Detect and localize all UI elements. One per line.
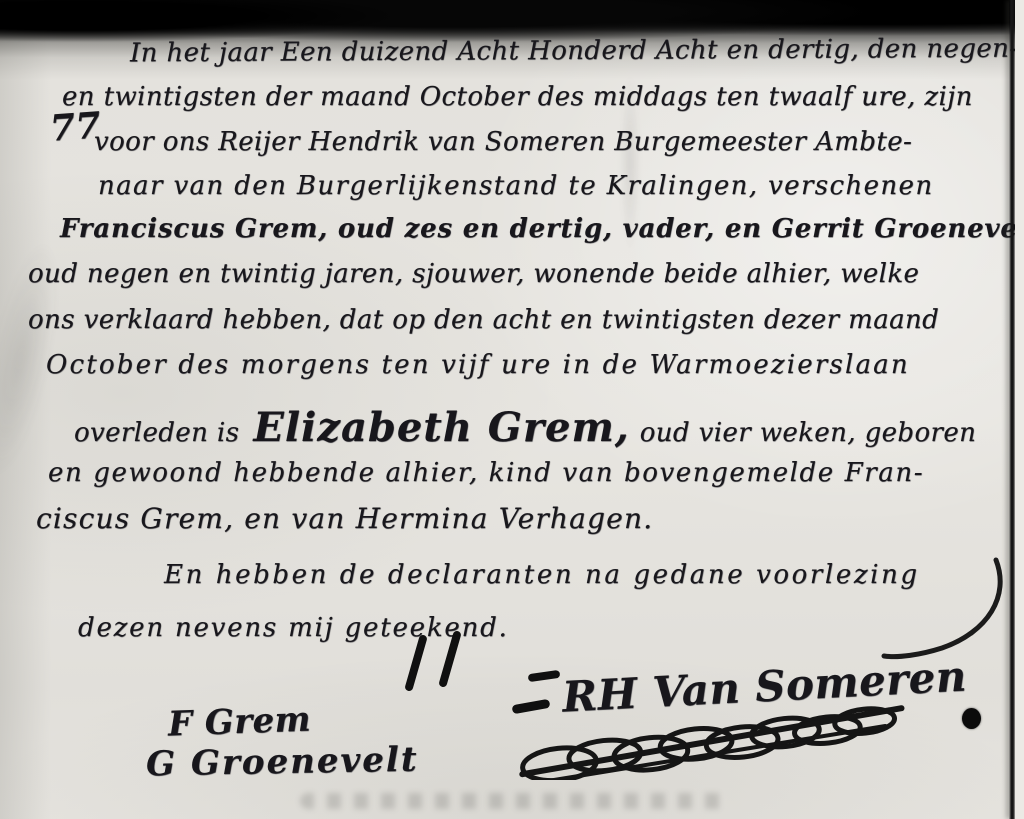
pen-flourish-tail <box>878 556 1018 666</box>
signature-f-grem: F Grem <box>167 700 311 745</box>
act-line-10: en gewoond hebbende alhier, kind van bov… <box>48 458 924 488</box>
closing-line-2: dezen nevens mij geteekend. <box>78 613 509 643</box>
act-line-2: en twintigsten der maand October des mid… <box>62 82 973 112</box>
act-line-5: Franciscus Grem, oud zes en dertig, vade… <box>60 214 1024 244</box>
act-line-3: voor ons Reijer Hendrik van Someren Burg… <box>94 127 912 157</box>
deceased-name: Elizabeth Grem, <box>253 404 629 451</box>
signature-g-groenevelt: G Groenevelt <box>146 740 419 785</box>
act-line-11: ciscus Grem, en van Hermina Verhagen. <box>36 502 653 535</box>
signature-paraph-flourish <box>518 704 910 780</box>
act-line-7: ons verklaard hebben, dat op den acht en… <box>28 305 939 335</box>
act-line-1: In het jaar Een duizend Acht Honderd Ach… <box>130 34 1019 69</box>
page-edge-strip <box>1015 0 1024 819</box>
deceased-line-prefix: overleden is <box>74 418 239 448</box>
closing-line-1: En hebben de declaranten na gedane voorl… <box>164 560 920 590</box>
death-record-scan: 77 In het jaar Een duizend Acht Honderd … <box>0 0 1024 819</box>
deceased-line-suffix: oud vier weken, geboren <box>640 418 977 448</box>
ink-blot-dot <box>962 708 981 729</box>
act-line-4: naar van den Burgerlijkenstand te Kralin… <box>98 171 934 201</box>
signature-dash-mark <box>528 670 561 682</box>
act-line-8: October des morgens ten vijf ure in de W… <box>46 350 910 380</box>
ink-bleedthrough <box>300 793 730 809</box>
act-line-9: overleden isElizabeth Grem,oud vier weke… <box>74 404 976 451</box>
act-line-6: oud negen en twintig jaren, sjouwer, won… <box>28 259 919 289</box>
